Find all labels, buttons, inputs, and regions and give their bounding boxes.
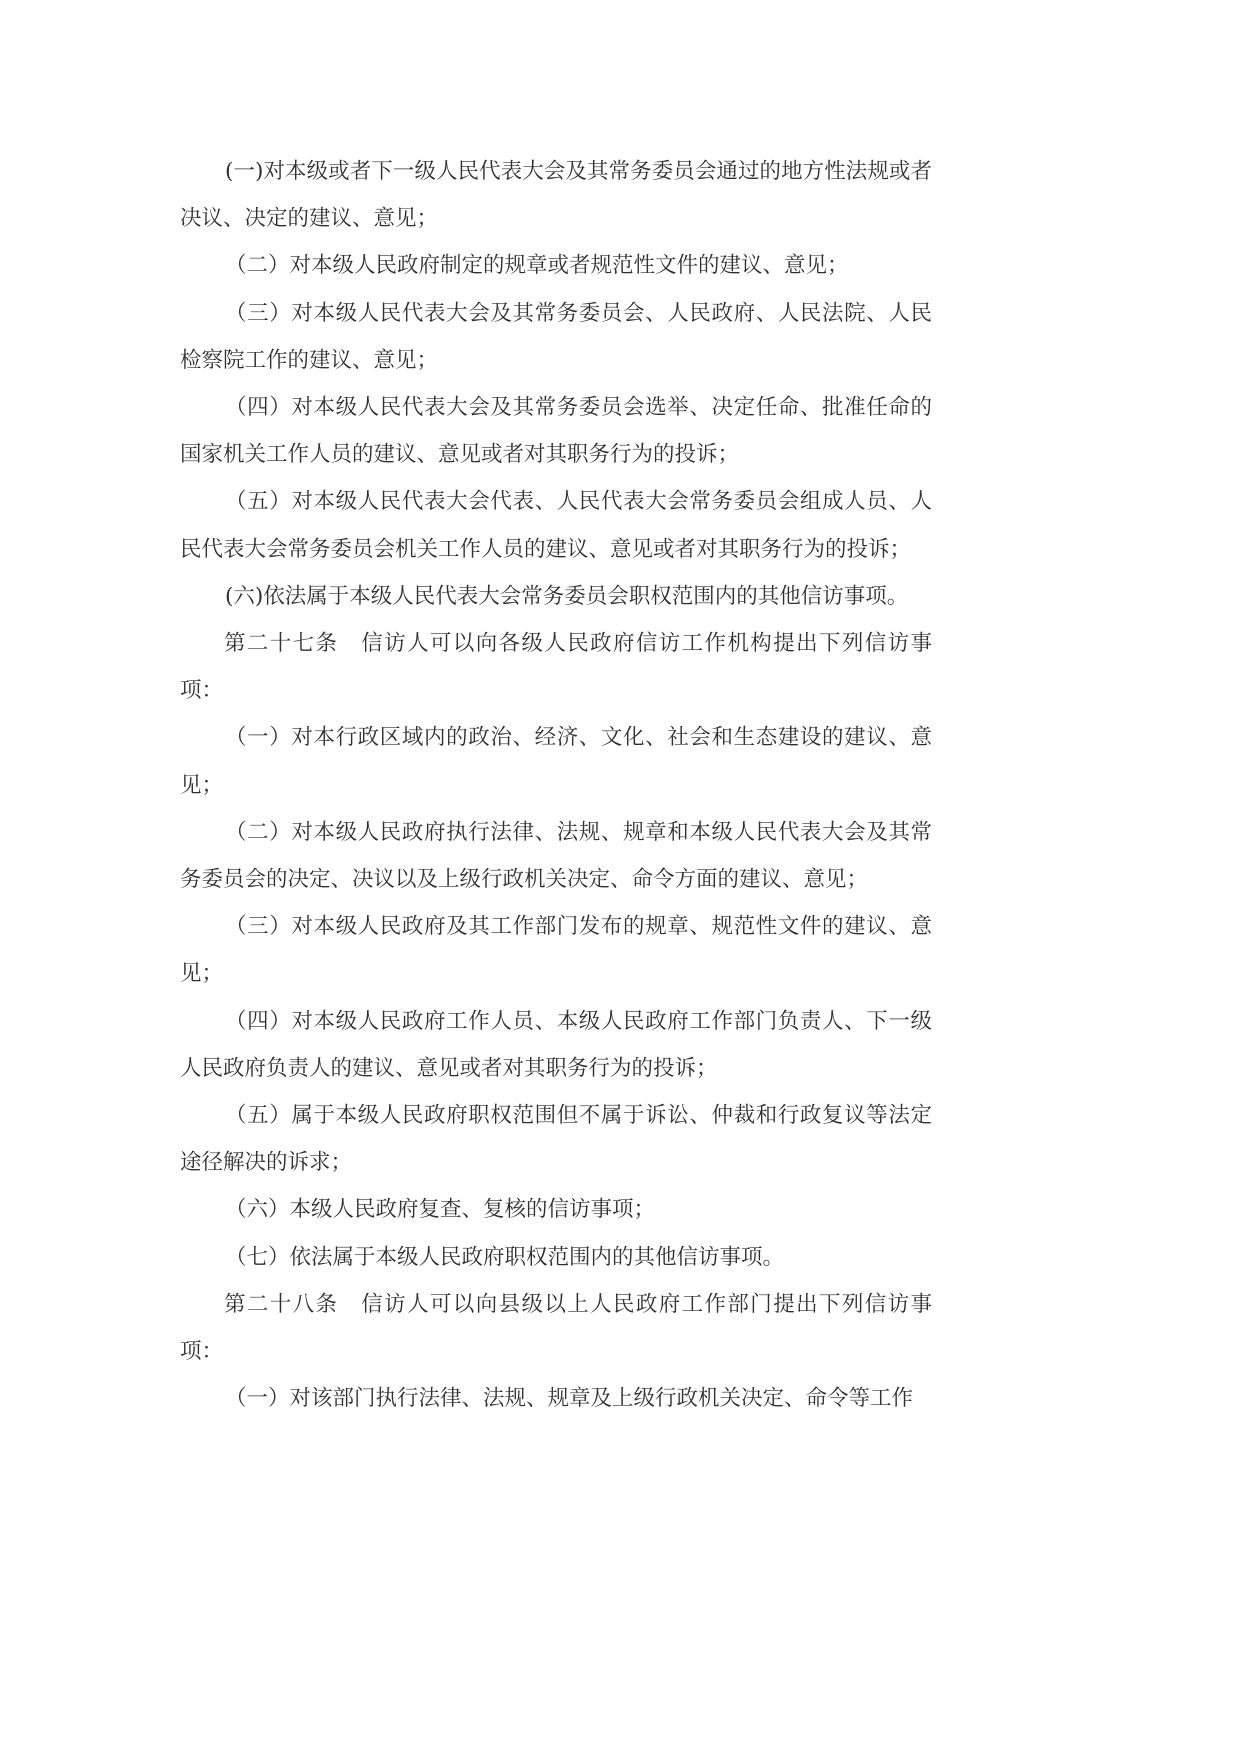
paragraph-item-4: （四）对本级人民代表大会及其常务委员会选举、决定任命、批准任命的国家机关工作人员… — [180, 384, 932, 478]
article-28-heading: 第二十八条 信访人可以向县级以上人民政府工作部门提出下列信访事项： — [180, 1281, 932, 1375]
paragraph-item-27-1: （一）对本行政区域内的政治、经济、文化、社会和生态建设的建议、意见； — [180, 714, 932, 808]
paragraph-item-27-5: （五）属于本级人民政府职权范围但不属于诉讼、仲裁和行政复议等法定途径解决的诉求； — [180, 1092, 932, 1186]
paragraph-item-3: （三）对本级人民代表大会及其常务委员会、人民政府、人民法院、人民检察院工作的建议… — [180, 290, 932, 384]
document-page: (一)对本级或者下一级人民代表大会及其常务委员会通过的地方性法规或者决议、决定的… — [180, 148, 932, 1422]
paragraph-item-1: (一)对本级或者下一级人民代表大会及其常务委员会通过的地方性法规或者决议、决定的… — [180, 148, 932, 242]
paragraph-item-28-1: （一）对该部门执行法律、法规、规章及上级行政机关决定、命令等工作 — [180, 1375, 932, 1422]
paragraph-item-2: （二）对本级人民政府制定的规章或者规范性文件的建议、意见； — [180, 242, 932, 289]
article-27-heading: 第二十七条 信访人可以向各级人民政府信访工作机构提出下列信访事项： — [180, 620, 932, 714]
paragraph-item-27-2: （二）对本级人民政府执行法律、法规、规章和本级人民代表大会及其常务委员会的决定、… — [180, 809, 932, 903]
paragraph-item-27-4: （四）对本级人民政府工作人员、本级人民政府工作部门负责人、下一级人民政府负责人的… — [180, 998, 932, 1092]
paragraph-item-27-7: （七）依法属于本级人民政府职权范围内的其他信访事项。 — [180, 1234, 932, 1281]
paragraph-item-6: (六)依法属于本级人民代表大会常务委员会职权范围内的其他信访事项。 — [180, 573, 932, 620]
paragraph-item-5: （五）对本级人民代表大会代表、人民代表大会常务委员会组成人员、人民代表大会常务委… — [180, 478, 932, 572]
paragraph-item-27-6: （六）本级人民政府复查、复核的信访事项； — [180, 1186, 932, 1233]
paragraph-item-27-3: （三）对本级人民政府及其工作部门发布的规章、规范性文件的建议、意见； — [180, 903, 932, 997]
